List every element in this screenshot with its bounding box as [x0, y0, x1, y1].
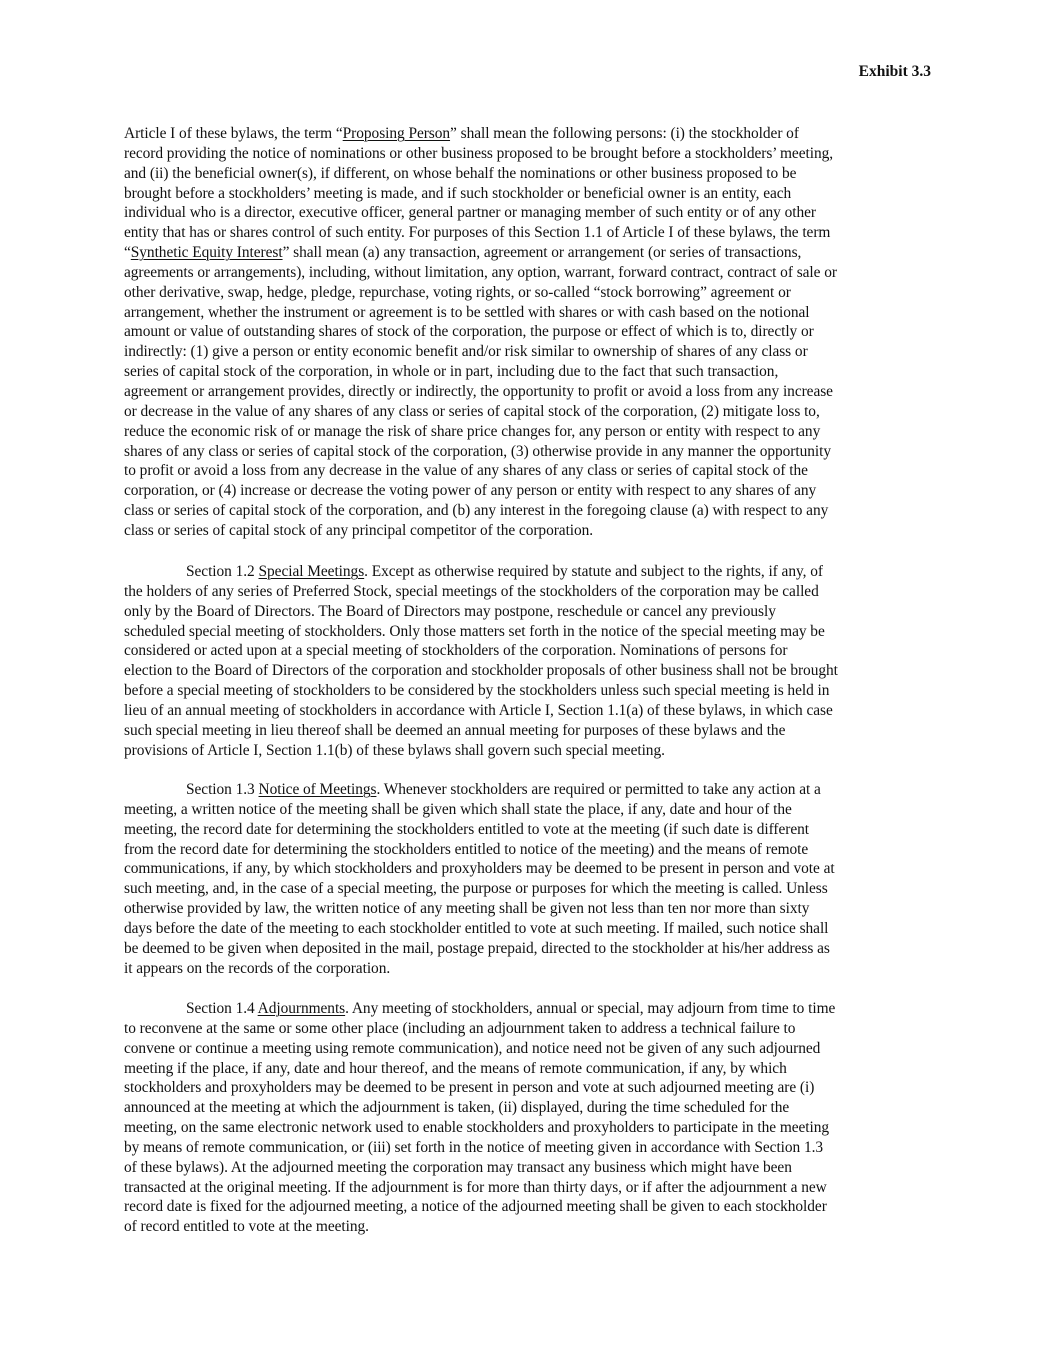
text-line: shares of any class or series of capital…: [124, 442, 936, 462]
text-line: arrangement, whether the instrument or a…: [124, 303, 936, 323]
text-line: series of capital stock of the corporati…: [124, 362, 936, 382]
document-page: Exhibit 3.3 Article I of these bylaws, t…: [0, 0, 1055, 1365]
text-line: entity that has or shares control of suc…: [124, 223, 936, 243]
defined-term-proposing-person: Proposing Person: [343, 125, 450, 142]
text-line: meeting, on the same electronic network …: [124, 1118, 936, 1138]
text-line: of these bylaws). At the adjourned meeti…: [124, 1158, 936, 1178]
text-line: individual who is a director, executive …: [124, 203, 936, 223]
text-line: of record entitled to vote at the meetin…: [124, 1217, 936, 1237]
text-line: it appears on the records of the corpora…: [124, 959, 936, 979]
text-line: class or series of capital stock of any …: [124, 521, 936, 541]
text-line: be deemed to be given when deposited in …: [124, 939, 936, 959]
text-line: days before the date of the meeting to e…: [124, 919, 936, 939]
text-line: meeting if the place, if any, date and h…: [124, 1059, 936, 1079]
section-1-4-adjournments: Section 1.4 Adjournments. Any meeting of…: [124, 999, 936, 1237]
section-title: Special Meetings: [259, 563, 365, 580]
section-title: Notice of Meetings: [259, 781, 377, 798]
text-line: otherwise provided by law, the written n…: [124, 899, 936, 919]
section-number: Section 1.3: [186, 781, 255, 798]
section-title: Adjournments: [258, 1000, 345, 1017]
text-line: meeting, the record date for determining…: [124, 820, 936, 840]
text-line: before a special meeting of stockholders…: [124, 681, 936, 701]
defined-term-synthetic-equity-interest: Synthetic Equity Interest: [131, 244, 283, 261]
text-line: agreement or arrangement provides, direc…: [124, 382, 936, 402]
text-line: stockholders and proxyholders may be dee…: [124, 1078, 936, 1098]
text-line: such special meeting in lieu thereof sha…: [124, 721, 936, 741]
text-line: the holders of any series of Preferred S…: [124, 582, 936, 602]
text-line: record providing the notice of nominatio…: [124, 144, 936, 164]
text-line: Article I of these bylaws, the term “Pro…: [124, 124, 936, 144]
text-line: amount or value of outstanding shares of…: [124, 322, 936, 342]
text-line: class or series of capital stock of the …: [124, 501, 936, 521]
text-line: or decrease in the value of any shares o…: [124, 402, 936, 422]
text-line: agreements or arrangements), including, …: [124, 263, 936, 283]
text-line: from the record date for determining the…: [124, 840, 936, 860]
text-line: announced at the meeting at which the ad…: [124, 1098, 936, 1118]
paragraph-definitions: Article I of these bylaws, the term “Pro…: [124, 124, 936, 541]
text-line: to reconvene at the same or some other p…: [124, 1019, 936, 1039]
section-1-2-special-meetings: Section 1.2 Special Meetings. Except as …: [124, 562, 936, 760]
text-line: indirectly: (1) give a person or entity …: [124, 342, 936, 362]
text-line: corporation, or (4) increase or decrease…: [124, 481, 936, 501]
text-line: other derivative, swap, hedge, pledge, r…: [124, 283, 936, 303]
text-line: meeting, a written notice of the meeting…: [124, 800, 936, 820]
exhibit-label: Exhibit 3.3: [859, 62, 931, 82]
text-line: considered or acted upon at a special me…: [124, 641, 936, 661]
text-line: lieu of an annual meeting of stockholder…: [124, 701, 936, 721]
text-line: communications, if any, by which stockho…: [124, 859, 936, 879]
section-heading-line: Section 1.4 Adjournments. Any meeting of…: [124, 999, 936, 1019]
section-number: Section 1.4: [186, 1000, 255, 1017]
text-line: provisions of Article I, Section 1.1(b) …: [124, 741, 936, 761]
text-line: to profit or avoid a loss from any decre…: [124, 461, 936, 481]
text-line: and (ii) the beneficial owner(s), if dif…: [124, 164, 936, 184]
section-heading-line: Section 1.2 Special Meetings. Except as …: [124, 562, 936, 582]
text-line: record date is fixed for the adjourned m…: [124, 1197, 936, 1217]
text-line: brought before a stockholders’ meeting i…: [124, 184, 936, 204]
text-line: convene or continue a meeting using remo…: [124, 1039, 936, 1059]
text-line: scheduled special meeting of stockholder…: [124, 622, 936, 642]
section-heading-line: Section 1.3 Notice of Meetings. Whenever…: [124, 780, 936, 800]
text-line: “Synthetic Equity Interest” shall mean (…: [124, 243, 936, 263]
text-line: transacted at the original meeting. If t…: [124, 1178, 936, 1198]
section-number: Section 1.2: [186, 563, 255, 580]
text-line: by means of remote communication, or (ii…: [124, 1138, 936, 1158]
text-line: only by the Board of Directors. The Boar…: [124, 602, 936, 622]
text-line: election to the Board of Directors of th…: [124, 661, 936, 681]
text-line: reduce the economic risk of or manage th…: [124, 422, 936, 442]
section-1-3-notice-of-meetings: Section 1.3 Notice of Meetings. Whenever…: [124, 780, 936, 978]
text-line: such meeting, and, in the case of a spec…: [124, 879, 936, 899]
